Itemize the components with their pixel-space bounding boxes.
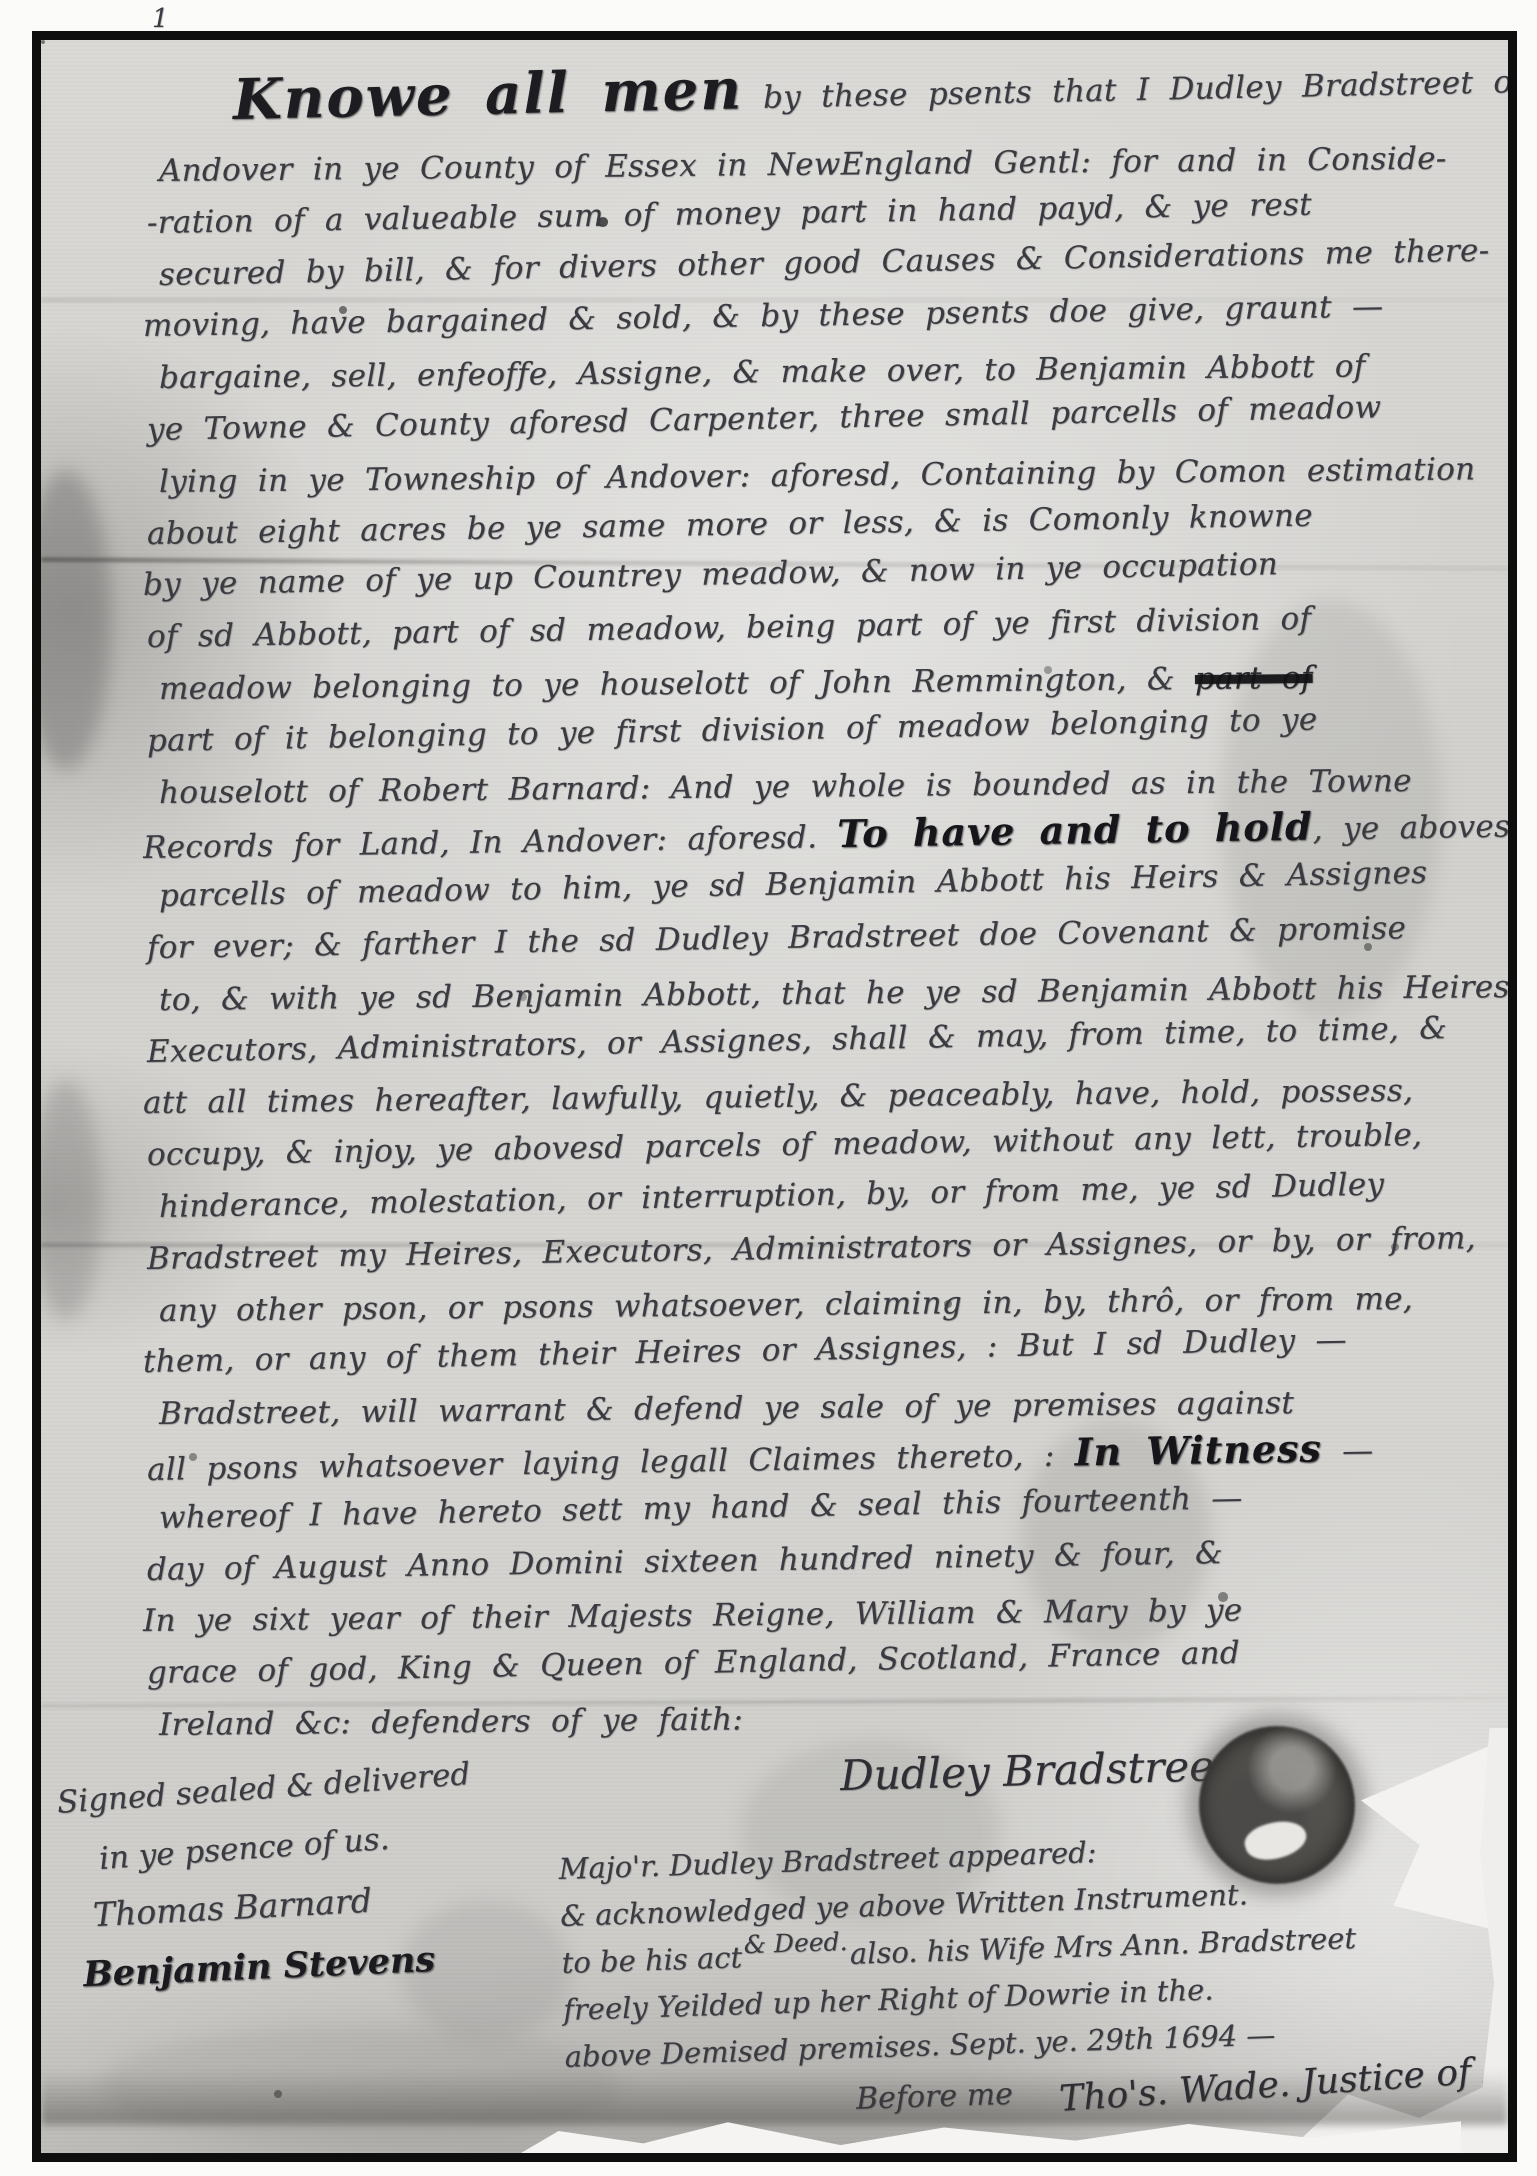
deed-line-text: of sd Abbott, part of sd meadow, being p…	[147, 601, 1312, 655]
paper-stain	[41, 470, 111, 770]
opening-phrase: Knowe all men	[232, 56, 743, 133]
deed-line-text: moving, have bargained & sold, & by thes…	[143, 289, 1384, 344]
paper: Knowe all menby these psents that I Dudl…	[41, 40, 1508, 2153]
habendum-phrase: To have and to hold	[837, 804, 1313, 856]
deed-line-text: by these psents that I Dudley Bradstreet…	[763, 64, 1508, 116]
paper-stain	[41, 1080, 101, 1320]
deed-line-text: day of August Anno Domini sixteen hundre…	[147, 1535, 1223, 1588]
ink-speckles	[41, 40, 45, 44]
deed-line-text: Ireland &c: defenders of ye faith:	[159, 1701, 743, 1743]
scan-frame: Knowe all menby these psents that I Dudl…	[32, 31, 1517, 2162]
acknowledgment-text: to be his act	[561, 1940, 742, 1980]
witness-phrase: In Witness	[1074, 1425, 1322, 1474]
deed-line-text: , ye abovesd	[1312, 809, 1508, 848]
deed-line: Knowe all menby these psents that I Dudl…	[232, 40, 1508, 146]
deed-body: Knowe all menby these psents that I Dudl…	[147, 54, 1507, 1752]
acknowledgment-text: also. his Wife Mrs Ann. Bradstreet	[849, 1921, 1356, 1971]
grantor-signature: Dudley Bradstreet	[839, 1741, 1231, 1800]
document-scan: 1 Knowe all menby these psents that I Du…	[0, 0, 1537, 2176]
paper-edge-shadow	[41, 2070, 1508, 2125]
deed-line-text: —	[1322, 1433, 1374, 1470]
struck-out-text: part of	[1195, 660, 1313, 697]
deed-line-text: Records for Land, In Andover: aforesd.	[143, 819, 838, 866]
attestation-block: Signed sealed & delivered in ye psence o…	[55, 1744, 485, 2012]
interlined-insertion: & Deed.	[743, 1918, 848, 1968]
